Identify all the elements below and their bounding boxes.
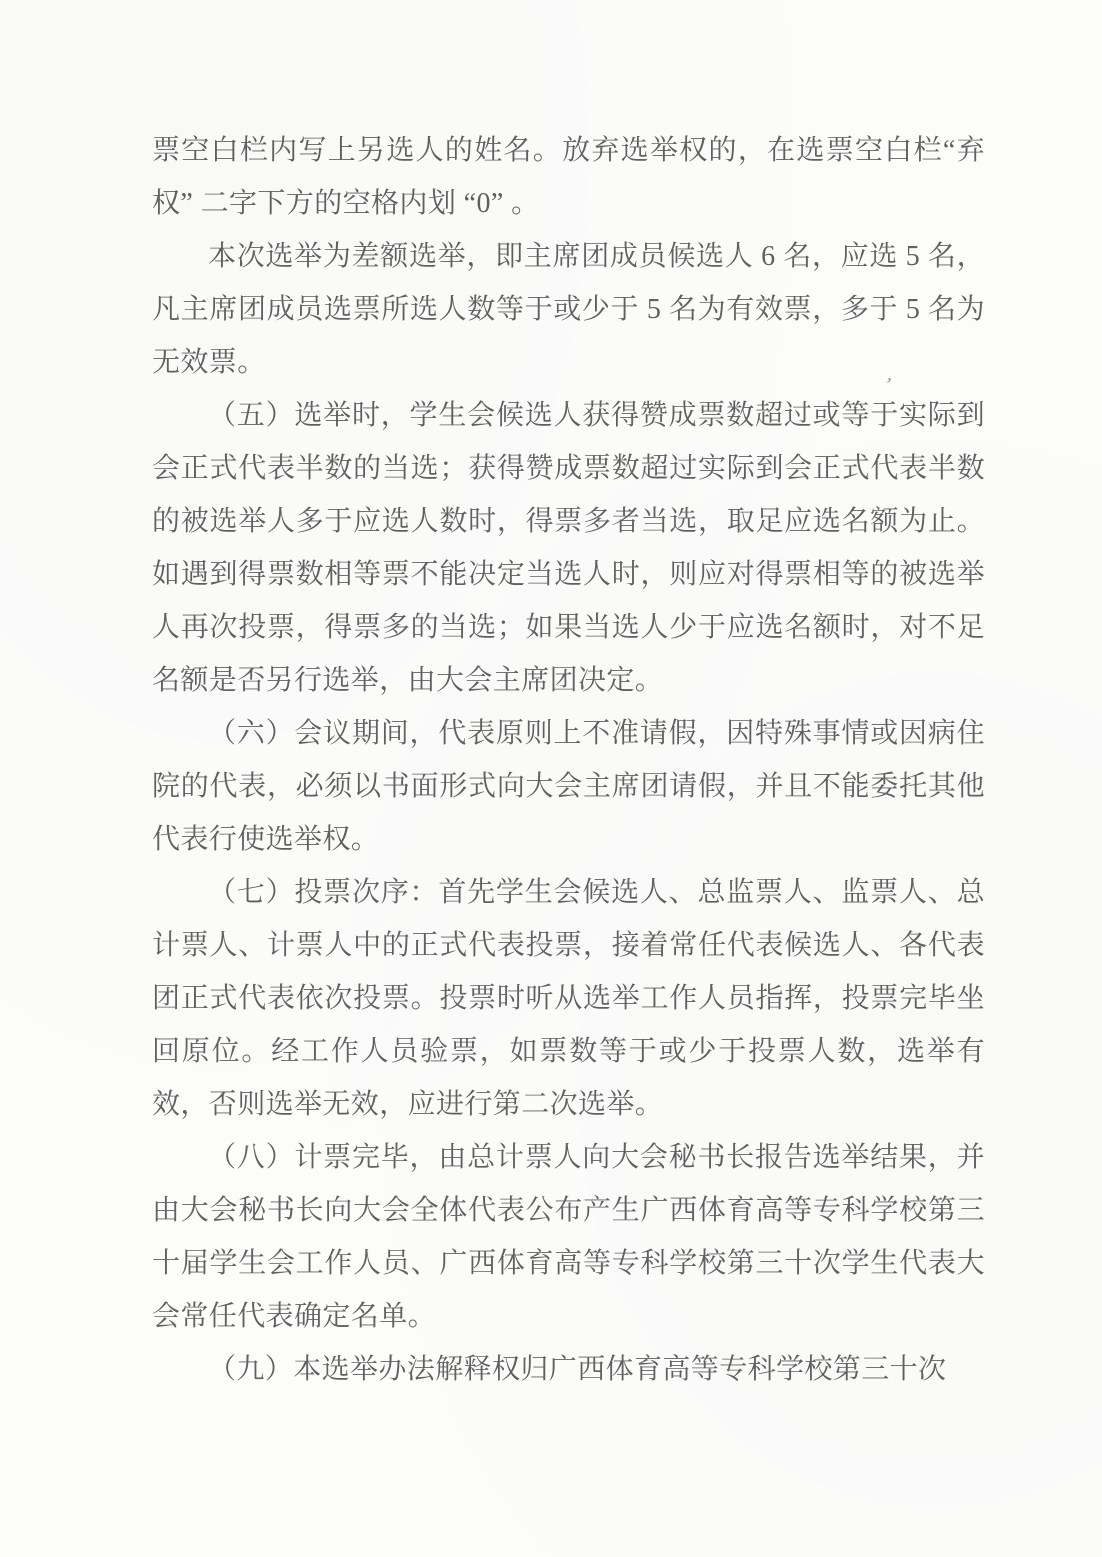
document-paragraph: （六）会议期间，代表原则上不准请假，因特殊事情或因病住院的代表，必须以书面形式向… [152, 707, 985, 866]
document-paragraph: （八）计票完毕，由总计票人向大会秘书长报告选举结果，并由大会秘书长向大会全体代表… [152, 1131, 985, 1343]
document-paragraph: （五）选举时，学生会候选人获得赞成票数超过或等于实际到会正式代表半数的当选；获得… [152, 389, 985, 707]
document-text-block: 票空白栏内写上另选人的姓名。放弃选举权的，在选票空白栏“弃权” 二字下方的空格内… [152, 124, 985, 1396]
document-paragraph: 本次选举为差额选举，即主席团成员候选人 6 名，应选 5 名，凡主席团成员选票所… [152, 230, 985, 389]
document-paragraph: （九）本选举办法解释权归广西体育高等专科学校第三十次 [152, 1343, 985, 1396]
document-paragraph: 票空白栏内写上另选人的姓名。放弃选举权的，在选票空白栏“弃权” 二字下方的空格内… [152, 124, 985, 230]
scanned-document-page: 票空白栏内写上另选人的姓名。放弃选举权的，在选票空白栏“弃权” 二字下方的空格内… [0, 0, 1102, 1557]
document-paragraph: （七）投票次序：首先学生会候选人、总监票人、监票人、总计票人、计票人中的正式代表… [152, 866, 985, 1131]
